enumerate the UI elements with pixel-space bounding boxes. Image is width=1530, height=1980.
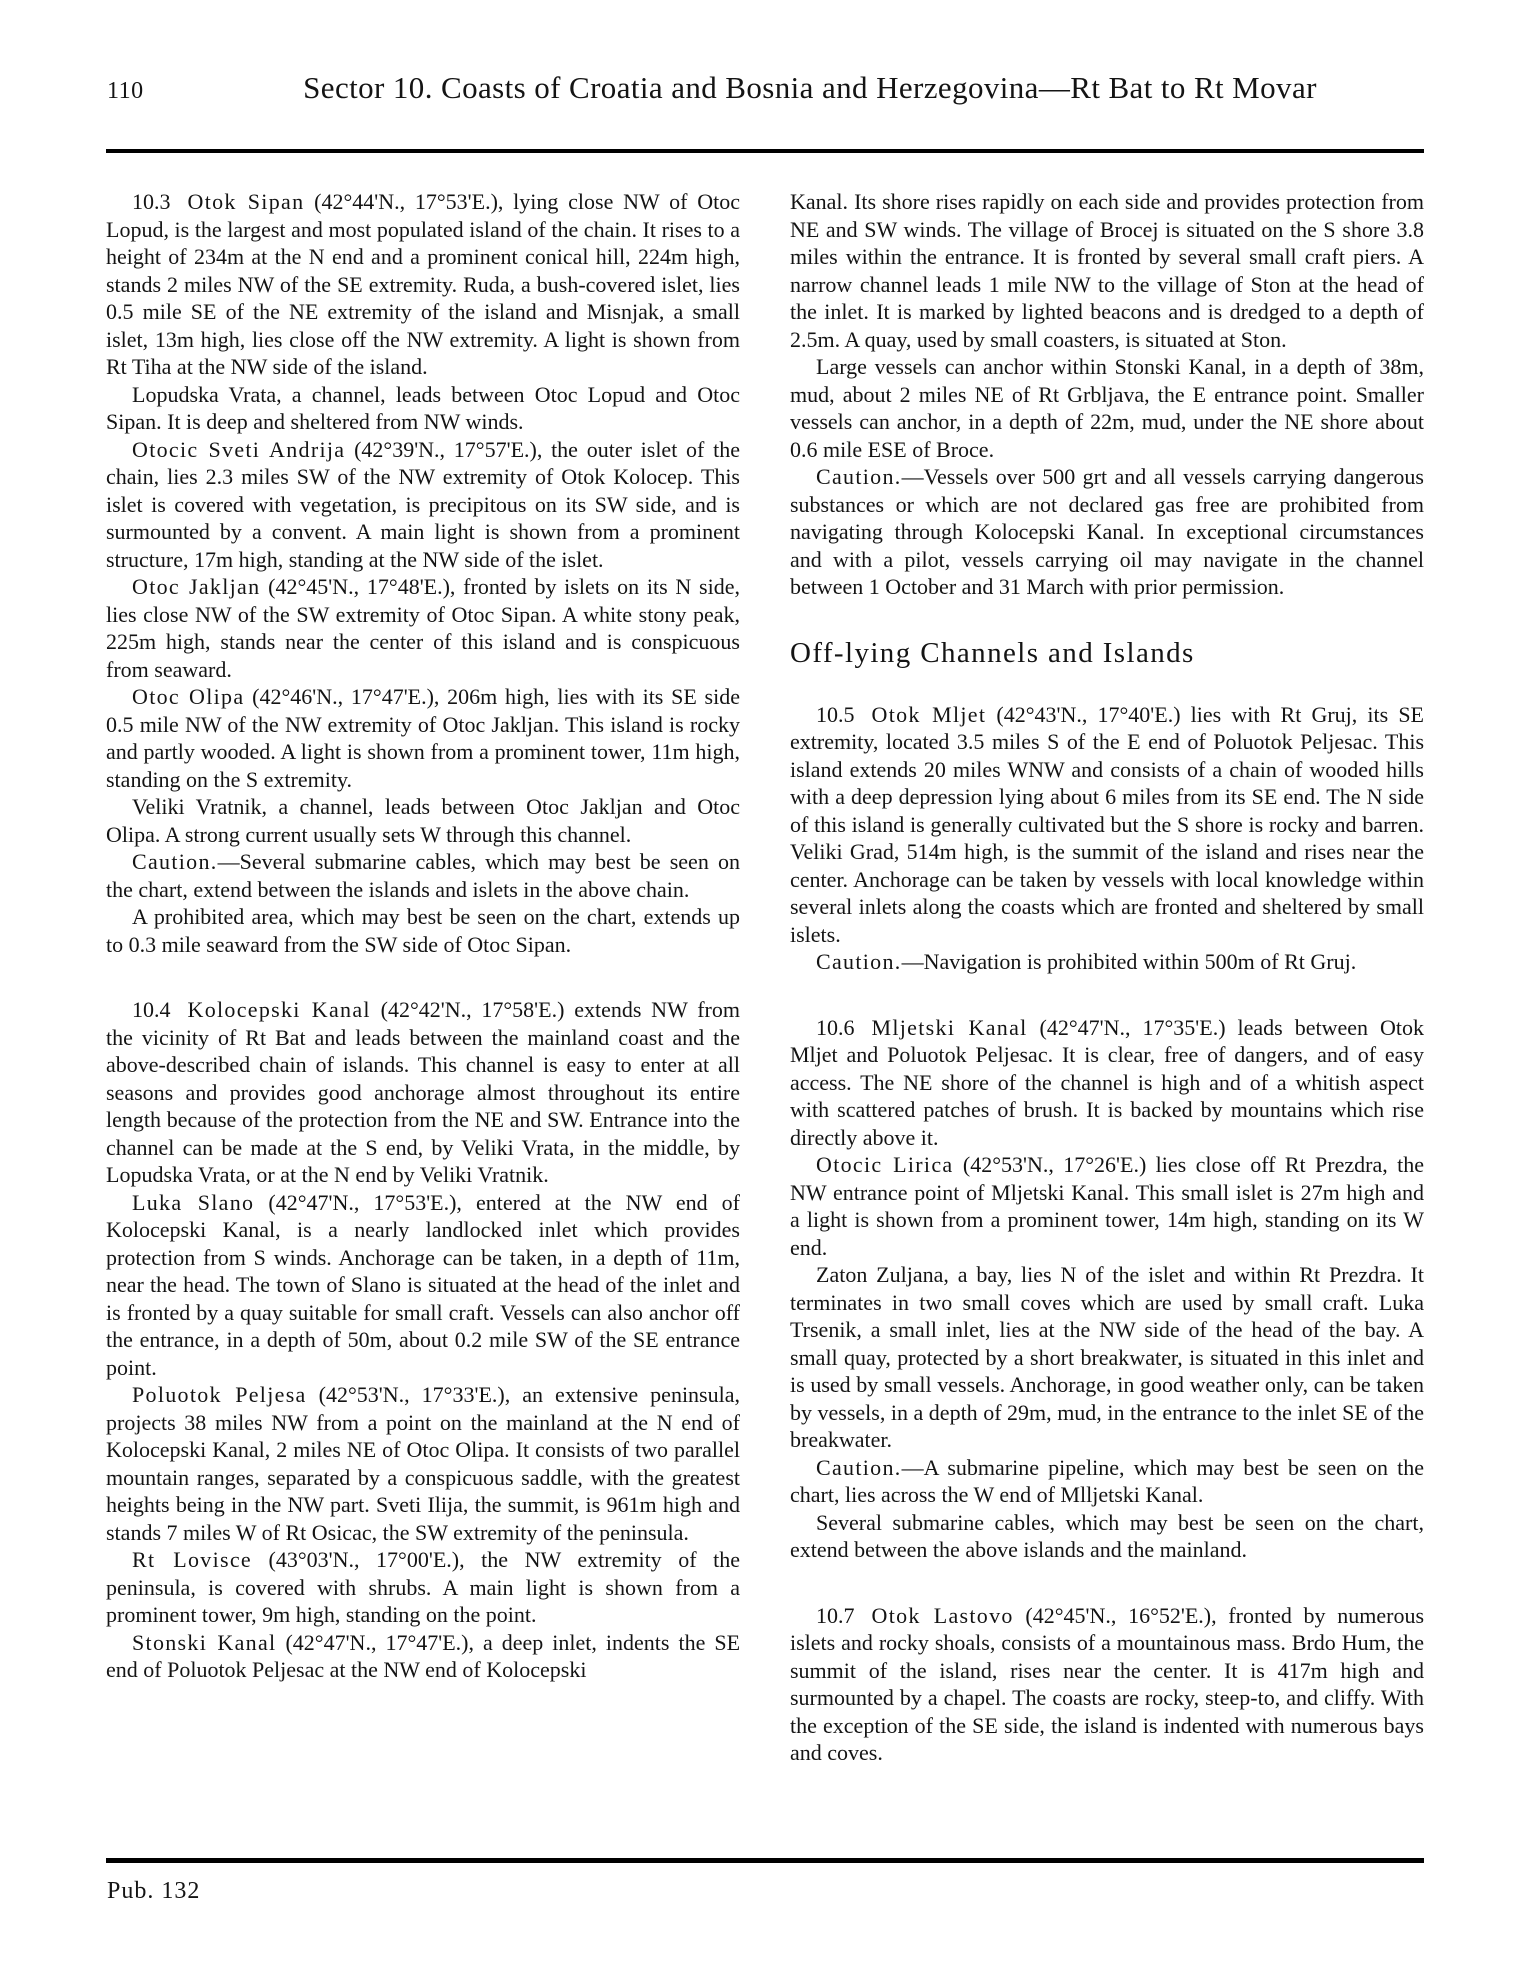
paragraph: 10.5Otok Mljet (42°43'N., 17°40'E.) lies… xyxy=(790,701,1424,949)
column-right: Kanal. Its shore rises rapidly on each s… xyxy=(790,188,1424,1767)
feature-name: Rt Lovisce xyxy=(132,1547,252,1572)
body-text: Kanal. Its shore rises rapidly on each s… xyxy=(790,189,1424,352)
paragraph: Luka Slano (42°47'N., 17°53'E.), entered… xyxy=(106,1189,740,1382)
paragraph-number: 10.6 xyxy=(816,1015,872,1040)
page-number: 110 xyxy=(107,78,144,105)
feature-name: Otoc Olipa xyxy=(132,684,244,709)
paragraph: Otoc Olipa (42°46'N., 17°47'E.), 206m hi… xyxy=(106,683,740,793)
feature-name: Mljetski Kanal xyxy=(872,1015,1028,1040)
text-columns: 10.3Otok Sipan (42°44'N., 17°53'E.), lyi… xyxy=(106,188,1424,1767)
feature-name: Stonski Kanal xyxy=(132,1630,276,1655)
body-text: Zaton Zuljana, a bay, lies N of the isle… xyxy=(790,1262,1424,1452)
paragraph: Several submarine cables, which may best… xyxy=(790,1509,1424,1564)
paragraph: Otoc Jakljan (42°45'N., 17°48'E.), front… xyxy=(106,573,740,683)
footer-publication: Pub. 132 xyxy=(107,1878,200,1905)
feature-name: Otok Mljet xyxy=(872,702,987,727)
paragraph-number: 10.7 xyxy=(816,1603,872,1628)
paragraph: Lopudska Vrata, a channel, leads between… xyxy=(106,381,740,436)
feature-name: Kolocepski Kanal xyxy=(188,997,371,1022)
feature-name: Otoc Jakljan xyxy=(132,574,260,599)
body-text: (42°43'N., 17°40'E.) lies with Rt Gruj, … xyxy=(790,702,1424,947)
section-heading: Off-lying Channels and Islands xyxy=(790,637,1424,669)
feature-name: Caution. xyxy=(132,849,218,874)
column-left: 10.3Otok Sipan (42°44'N., 17°53'E.), lyi… xyxy=(106,188,740,1767)
header-rule xyxy=(106,149,1424,153)
paragraph: Large vessels can anchor within Stonski … xyxy=(790,353,1424,463)
paragraph: 10.6Mljetski Kanal (42°47'N., 17°35'E.) … xyxy=(790,1014,1424,1152)
page-title: Sector 10. Coasts of Croatia and Bosnia … xyxy=(180,70,1440,106)
feature-name: Otok Lastovo xyxy=(872,1603,1014,1628)
paragraph-number: 10.4 xyxy=(132,997,188,1022)
body-text: Veliki Vratnik, a channel, leads between… xyxy=(106,794,740,847)
paragraph: Zaton Zuljana, a bay, lies N of the isle… xyxy=(790,1261,1424,1454)
paragraph: Poluotok Peljesa (42°53'N., 17°33'E.), a… xyxy=(106,1381,740,1546)
paragraph: Veliki Vratnik, a channel, leads between… xyxy=(106,793,740,848)
paragraph: Kanal. Its shore rises rapidly on each s… xyxy=(790,188,1424,353)
paragraph: Caution.—Several submarine cables, which… xyxy=(106,848,740,903)
paragraph: 10.4Kolocepski Kanal (42°42'N., 17°58'E.… xyxy=(106,996,740,1189)
body-text: Several submarine cables, which may best… xyxy=(790,1510,1424,1563)
feature-name: Caution. xyxy=(816,949,902,974)
document-page: 110 Sector 10. Coasts of Croatia and Bos… xyxy=(0,0,1530,1980)
feature-name: Otocic Sveti Andrija xyxy=(132,437,345,462)
feature-name: Caution. xyxy=(816,464,902,489)
body-text: (42°42'N., 17°58'E.) extends NW from the… xyxy=(106,997,740,1187)
body-text: (42°44'N., 17°53'E.), lying close NW of … xyxy=(106,189,740,379)
footer-rule xyxy=(106,1858,1424,1863)
paragraph: A prohibited area, which may best be see… xyxy=(106,903,740,958)
paragraph: 10.7Otok Lastovo (42°45'N., 16°52'E.), f… xyxy=(790,1602,1424,1767)
feature-name: Luka Slano xyxy=(132,1190,254,1215)
paragraph-number: 10.5 xyxy=(816,702,872,727)
paragraph: Caution.—Vessels over 500 grt and all ve… xyxy=(790,463,1424,601)
paragraph-number: 10.3 xyxy=(132,189,188,214)
body-text: Lopudska Vrata, a channel, leads between… xyxy=(106,382,740,435)
paragraph: 10.3Otok Sipan (42°44'N., 17°53'E.), lyi… xyxy=(106,188,740,381)
body-text: (42°47'N., 17°53'E.), entered at the NW … xyxy=(106,1190,740,1380)
feature-name: Otocic Lirica xyxy=(816,1152,953,1177)
body-text: A prohibited area, which may best be see… xyxy=(106,904,740,957)
paragraph: Rt Lovisce (43°03'N., 17°00'E.), the NW … xyxy=(106,1546,740,1629)
feature-name: Otok Sipan xyxy=(188,189,305,214)
paragraph: Stonski Kanal (42°47'N., 17°47'E.), a de… xyxy=(106,1629,740,1684)
paragraph: Caution.—A submarine pipeline, which may… xyxy=(790,1454,1424,1509)
paragraph: Caution.—Navigation is prohibited within… xyxy=(790,948,1424,976)
paragraph: Otocic Lirica (42°53'N., 17°26'E.) lies … xyxy=(790,1151,1424,1261)
paragraph: Otocic Sveti Andrija (42°39'N., 17°57'E.… xyxy=(106,436,740,574)
body-text: Large vessels can anchor within Stonski … xyxy=(790,354,1424,462)
body-text: —Navigation is prohibited within 500m of… xyxy=(902,949,1357,974)
feature-name: Poluotok Peljesa xyxy=(132,1382,307,1407)
feature-name: Caution. xyxy=(816,1455,902,1480)
